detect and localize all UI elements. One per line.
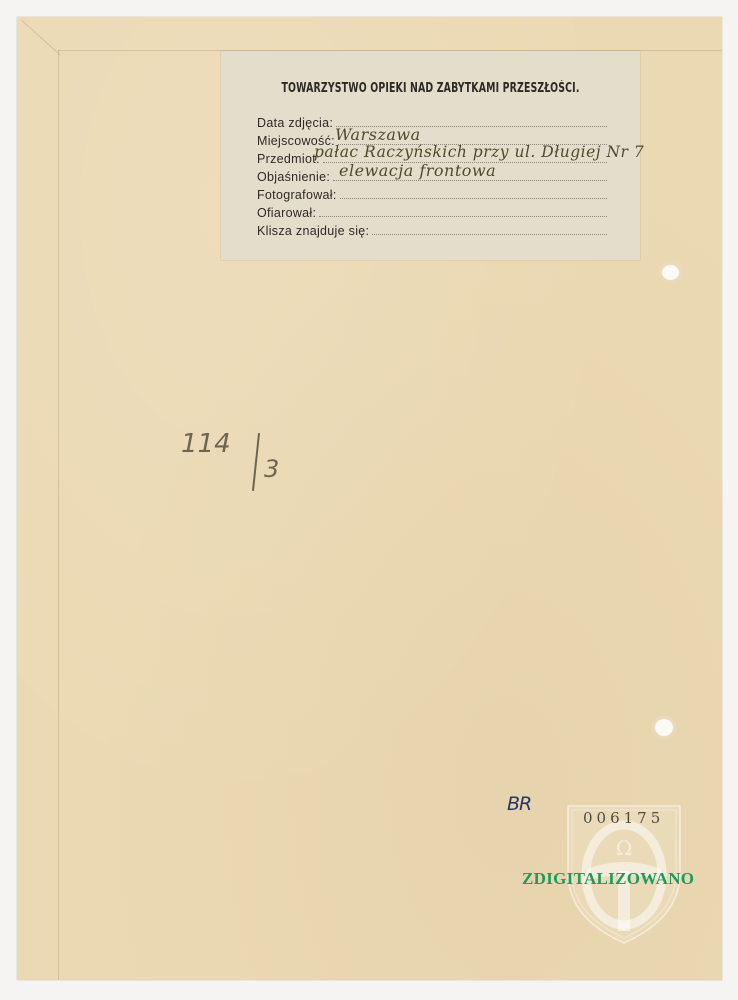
punch-hole-top <box>662 265 679 280</box>
handwritten-description: elewacja frontowa <box>339 161 496 180</box>
label-title: TOWARZYSTWO OPIEKI NAD ZABYTKAMI PRZESZŁ… <box>263 81 598 96</box>
field-label: Przedmiot: <box>257 152 320 166</box>
document-card: TOWARZYSTWO OPIEKI NAD ZABYTKAMI PRZESZŁ… <box>17 17 722 980</box>
field-photographer: Fotografował: <box>257 187 607 205</box>
handwritten-subject: pałac Raczyńskich przy ul. Długiej Nr 7 <box>314 143 644 161</box>
fold-line-vertical <box>58 50 59 980</box>
field-label: Data zdjęcia: <box>257 116 333 130</box>
field-label: Ofiarował: <box>257 206 316 220</box>
field-label: Objaśnienie: <box>257 170 330 184</box>
handwritten-initials: BR <box>507 793 531 815</box>
dotted-line <box>319 205 607 217</box>
field-negative-location: Klisza znajduje się: <box>257 223 607 241</box>
field-donor: Ofiarował: <box>257 205 607 223</box>
pencil-subnumber: 3 <box>264 455 279 483</box>
field-label: Fotografował: <box>257 188 337 202</box>
dotted-line <box>340 187 607 199</box>
svg-text:Ω: Ω <box>616 836 633 860</box>
pencil-slash <box>252 433 260 491</box>
dotted-line <box>372 223 607 235</box>
pencil-number: 114 <box>181 429 231 459</box>
punch-hole-bottom <box>655 719 673 736</box>
digitized-stamp: ZDIGITALIZOWANO <box>522 869 694 889</box>
field-date: Data zdjęcia: <box>257 115 607 133</box>
fold-line-corner <box>21 20 60 56</box>
handwritten-place: Warszawa <box>335 125 421 144</box>
serial-number: 006175 <box>583 809 664 827</box>
field-label: Klisza znajduje się: <box>257 224 369 238</box>
